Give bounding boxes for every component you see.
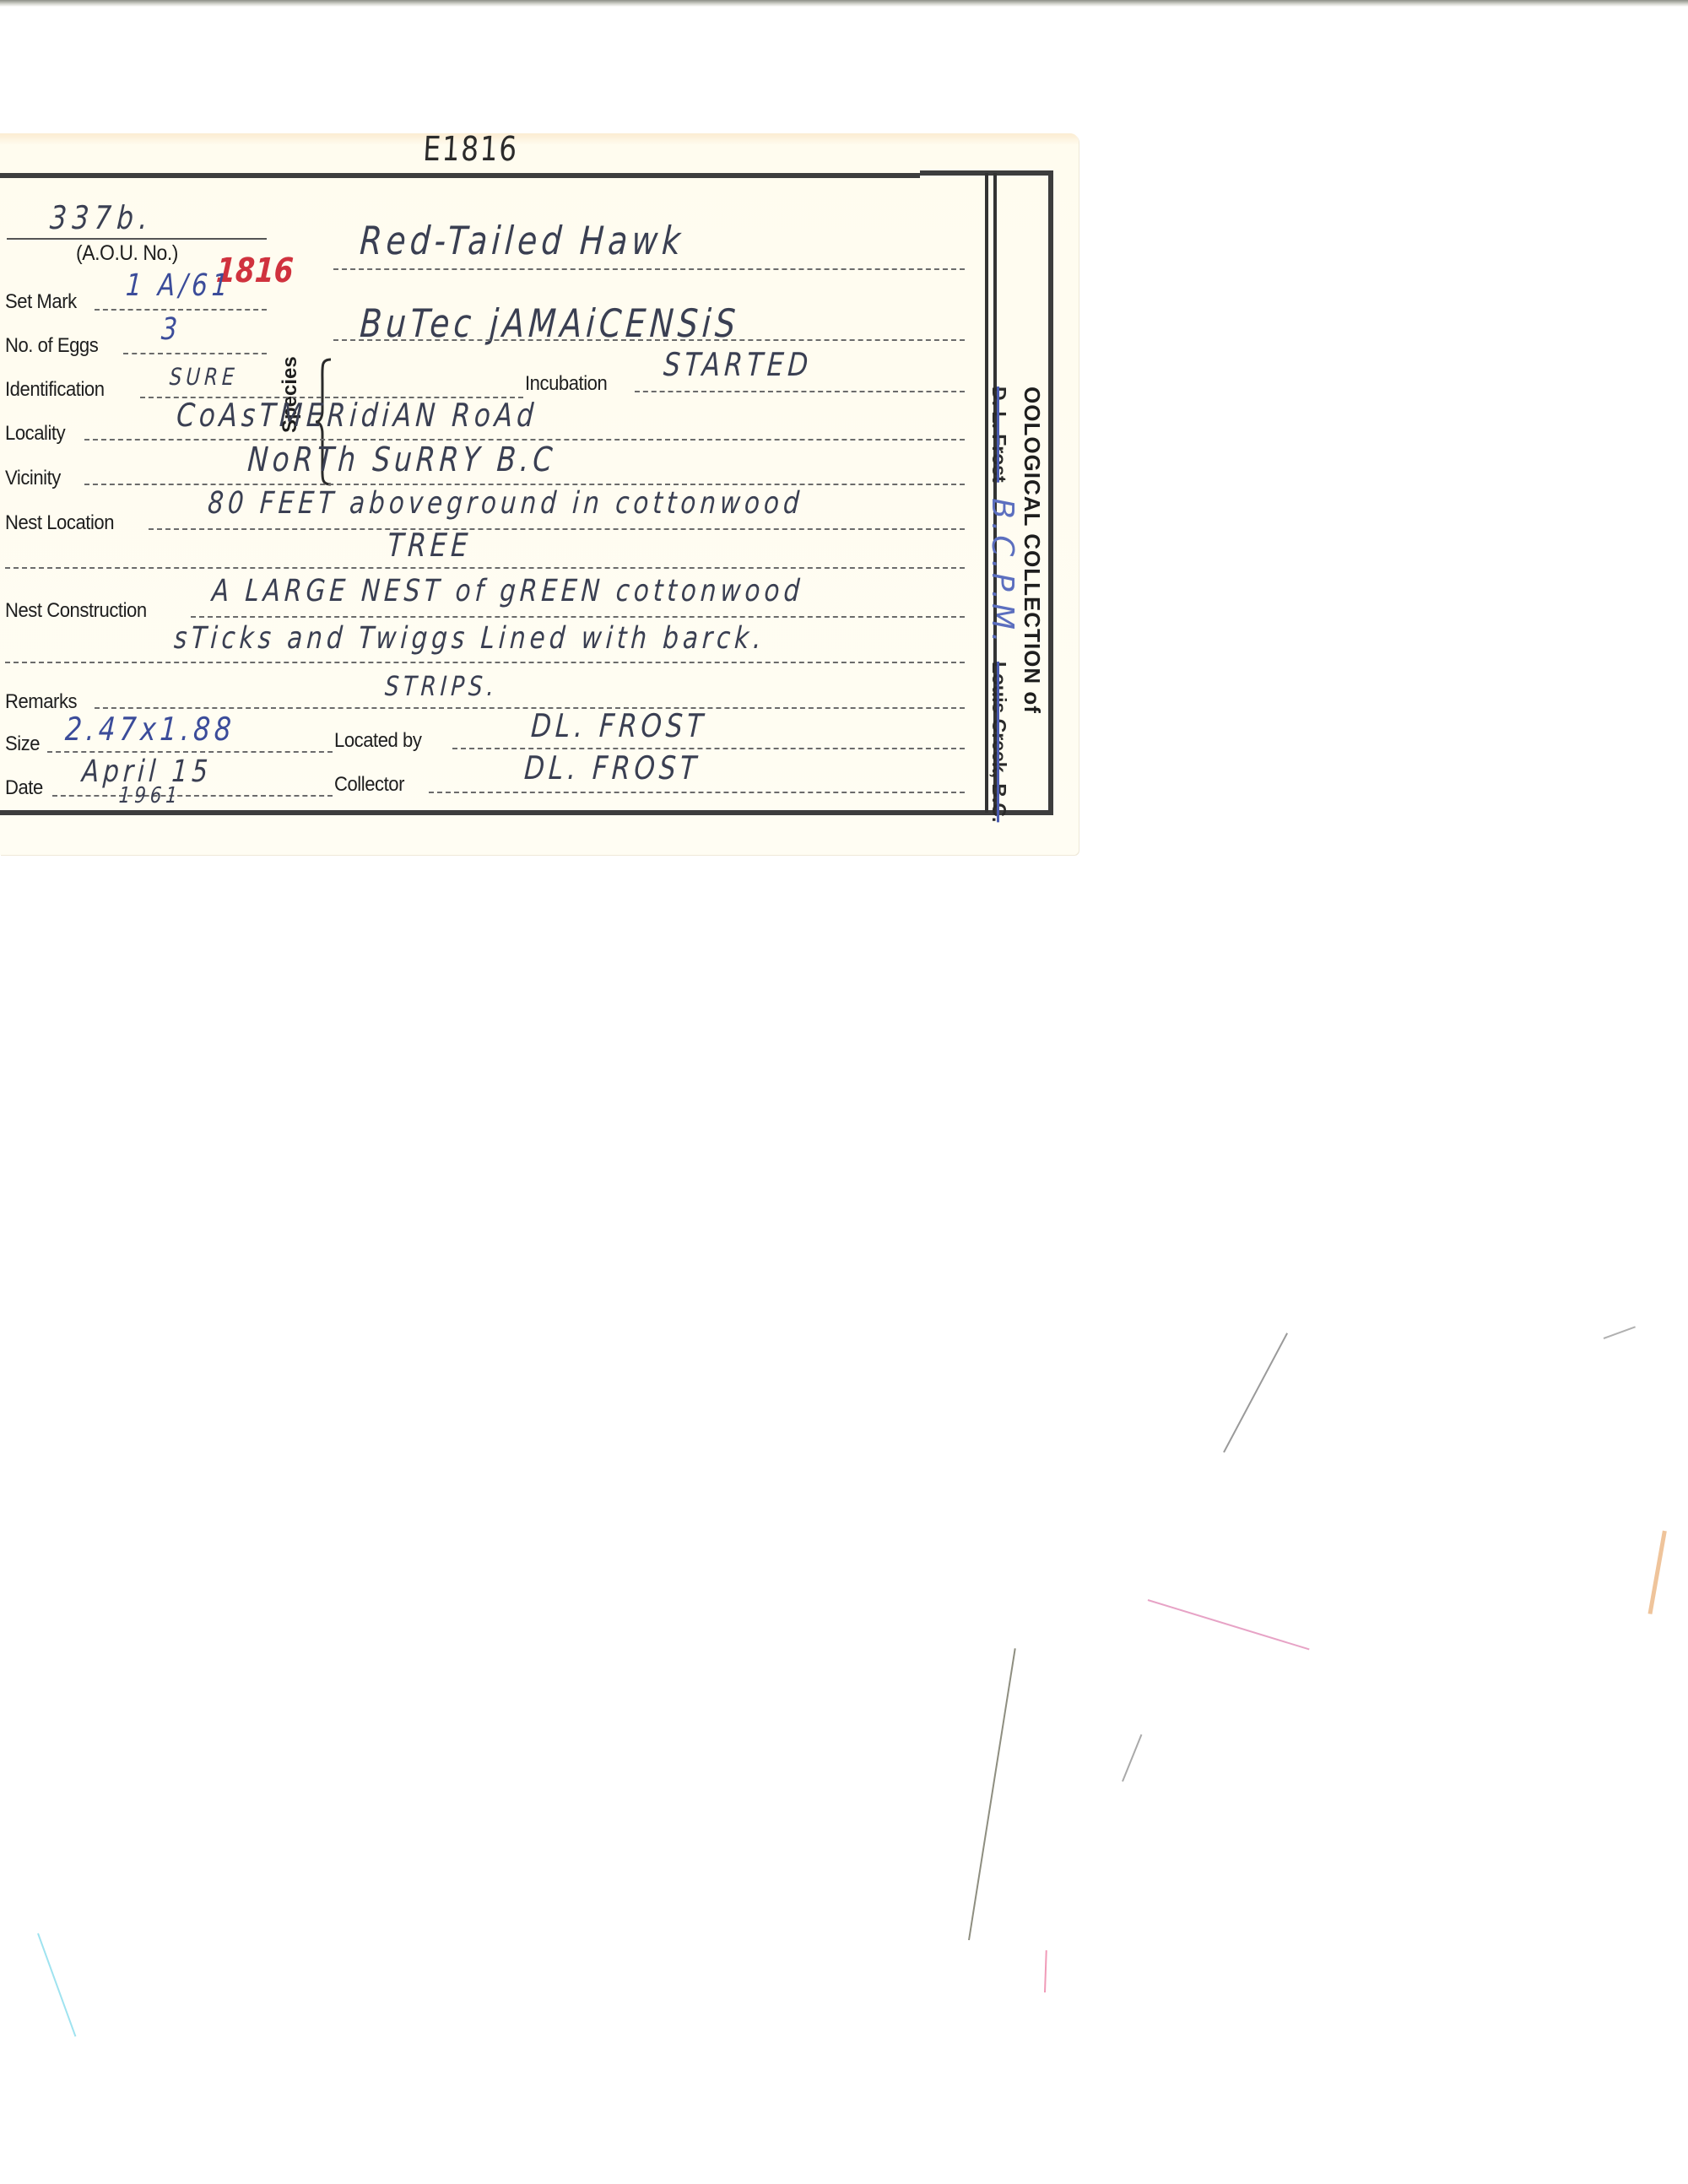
nest-location-value-1: 80 FEET aboveground in cottonwood: [207, 486, 804, 521]
size-rule: [47, 751, 333, 753]
stray-mark: [1223, 1333, 1288, 1452]
identification-label: Identification: [5, 378, 105, 402]
located-by-value: DL. FROST: [530, 707, 708, 744]
owner-printed: D. L. Frost: [988, 387, 1010, 483]
stray-mark: [1604, 1326, 1636, 1339]
aou-rule: [7, 238, 267, 240]
set-mark-value: 1 A/61: [125, 268, 233, 303]
stray-mark: [1148, 1599, 1310, 1650]
nest-construction-value-2: sTicks and Twiggs Lined with barck.: [173, 621, 766, 656]
vicinity-label: Vicinity: [5, 467, 61, 490]
remarks-value: STRIPS.: [384, 670, 499, 702]
species-common-name: Red-Tailed Hawk: [359, 218, 686, 263]
collector-label: Collector: [334, 773, 404, 797]
frame-bottom: [0, 810, 1053, 815]
nest-location-rule: [149, 528, 965, 530]
set-mark-label: Set Mark: [5, 290, 77, 314]
frame-top-left: [0, 173, 920, 178]
nest-location-value-2: TREE: [387, 527, 473, 564]
set-mark-rule: [95, 309, 267, 311]
owner-overwrite: B.C.P.M.: [985, 498, 1020, 646]
species-rule-2: [333, 339, 965, 341]
locality-label: Locality: [5, 422, 65, 446]
collector-value: DL. FROST: [523, 749, 701, 787]
size-value: 2.47x1.88: [64, 711, 236, 748]
identification-value: SURE: [169, 363, 239, 391]
nest-construction-label: Nest Construction: [5, 599, 147, 623]
scanner-edge: [0, 0, 1688, 7]
vicinity-value: NoRTh SuRRY B.C: [246, 441, 558, 479]
nest-construction-value-1: A LARGE NEST of gREEN cottonwood: [211, 574, 804, 608]
aou-label: (A.O.U. No.): [76, 241, 178, 266]
stray-mark: [37, 1933, 76, 2037]
collection-owner: D. L. Frost B.C.P.M. Louis Creek, B.C.: [985, 387, 1020, 822]
eggs-rule: [123, 353, 267, 354]
stray-mark: [1122, 1734, 1142, 1781]
location-printed: Louis Creek, B.C.: [988, 662, 1010, 822]
stray-mark: [1044, 1950, 1047, 1992]
collection-title-block: OOLOGICAL COLLECTION of D. L. Frost B.C.…: [998, 387, 1048, 884]
date-value-2: 1961: [118, 783, 182, 808]
eggs-value: 3: [160, 312, 182, 347]
nest-location-rule-2: [5, 567, 965, 569]
incubation-rule: [635, 391, 965, 392]
locality-value: CoAsTMERidiAN RoAd: [176, 397, 538, 434]
frame-right: [1048, 170, 1053, 815]
collection-title: OOLOGICAL COLLECTION of: [1019, 387, 1045, 714]
catalog-number: E1816: [422, 130, 519, 169]
stray-mark: [1648, 1531, 1667, 1614]
data-card: E1816 337b. (A.O.U. No.) 1816 Set Mark 1…: [0, 133, 1079, 855]
eggs-label: No. of Eggs: [5, 334, 98, 358]
incubation-value: STARTED: [663, 346, 814, 383]
aou-number: 337b.: [49, 199, 154, 236]
date-label: Date: [5, 776, 43, 800]
nest-construction-rule-2: [5, 662, 965, 663]
size-label: Size: [5, 733, 40, 756]
date-rule: [52, 795, 333, 797]
nest-location-label: Nest Location: [5, 511, 114, 535]
stray-mark: [968, 1648, 1016, 1940]
collector-rule: [429, 792, 965, 793]
species-rule-1: [333, 268, 965, 270]
located-by-label: Located by: [334, 729, 421, 753]
remarks-rule: [95, 707, 965, 709]
nest-construction-rule: [191, 616, 965, 618]
vicinity-rule: [84, 484, 965, 485]
incubation-label: Incubation: [525, 372, 607, 396]
